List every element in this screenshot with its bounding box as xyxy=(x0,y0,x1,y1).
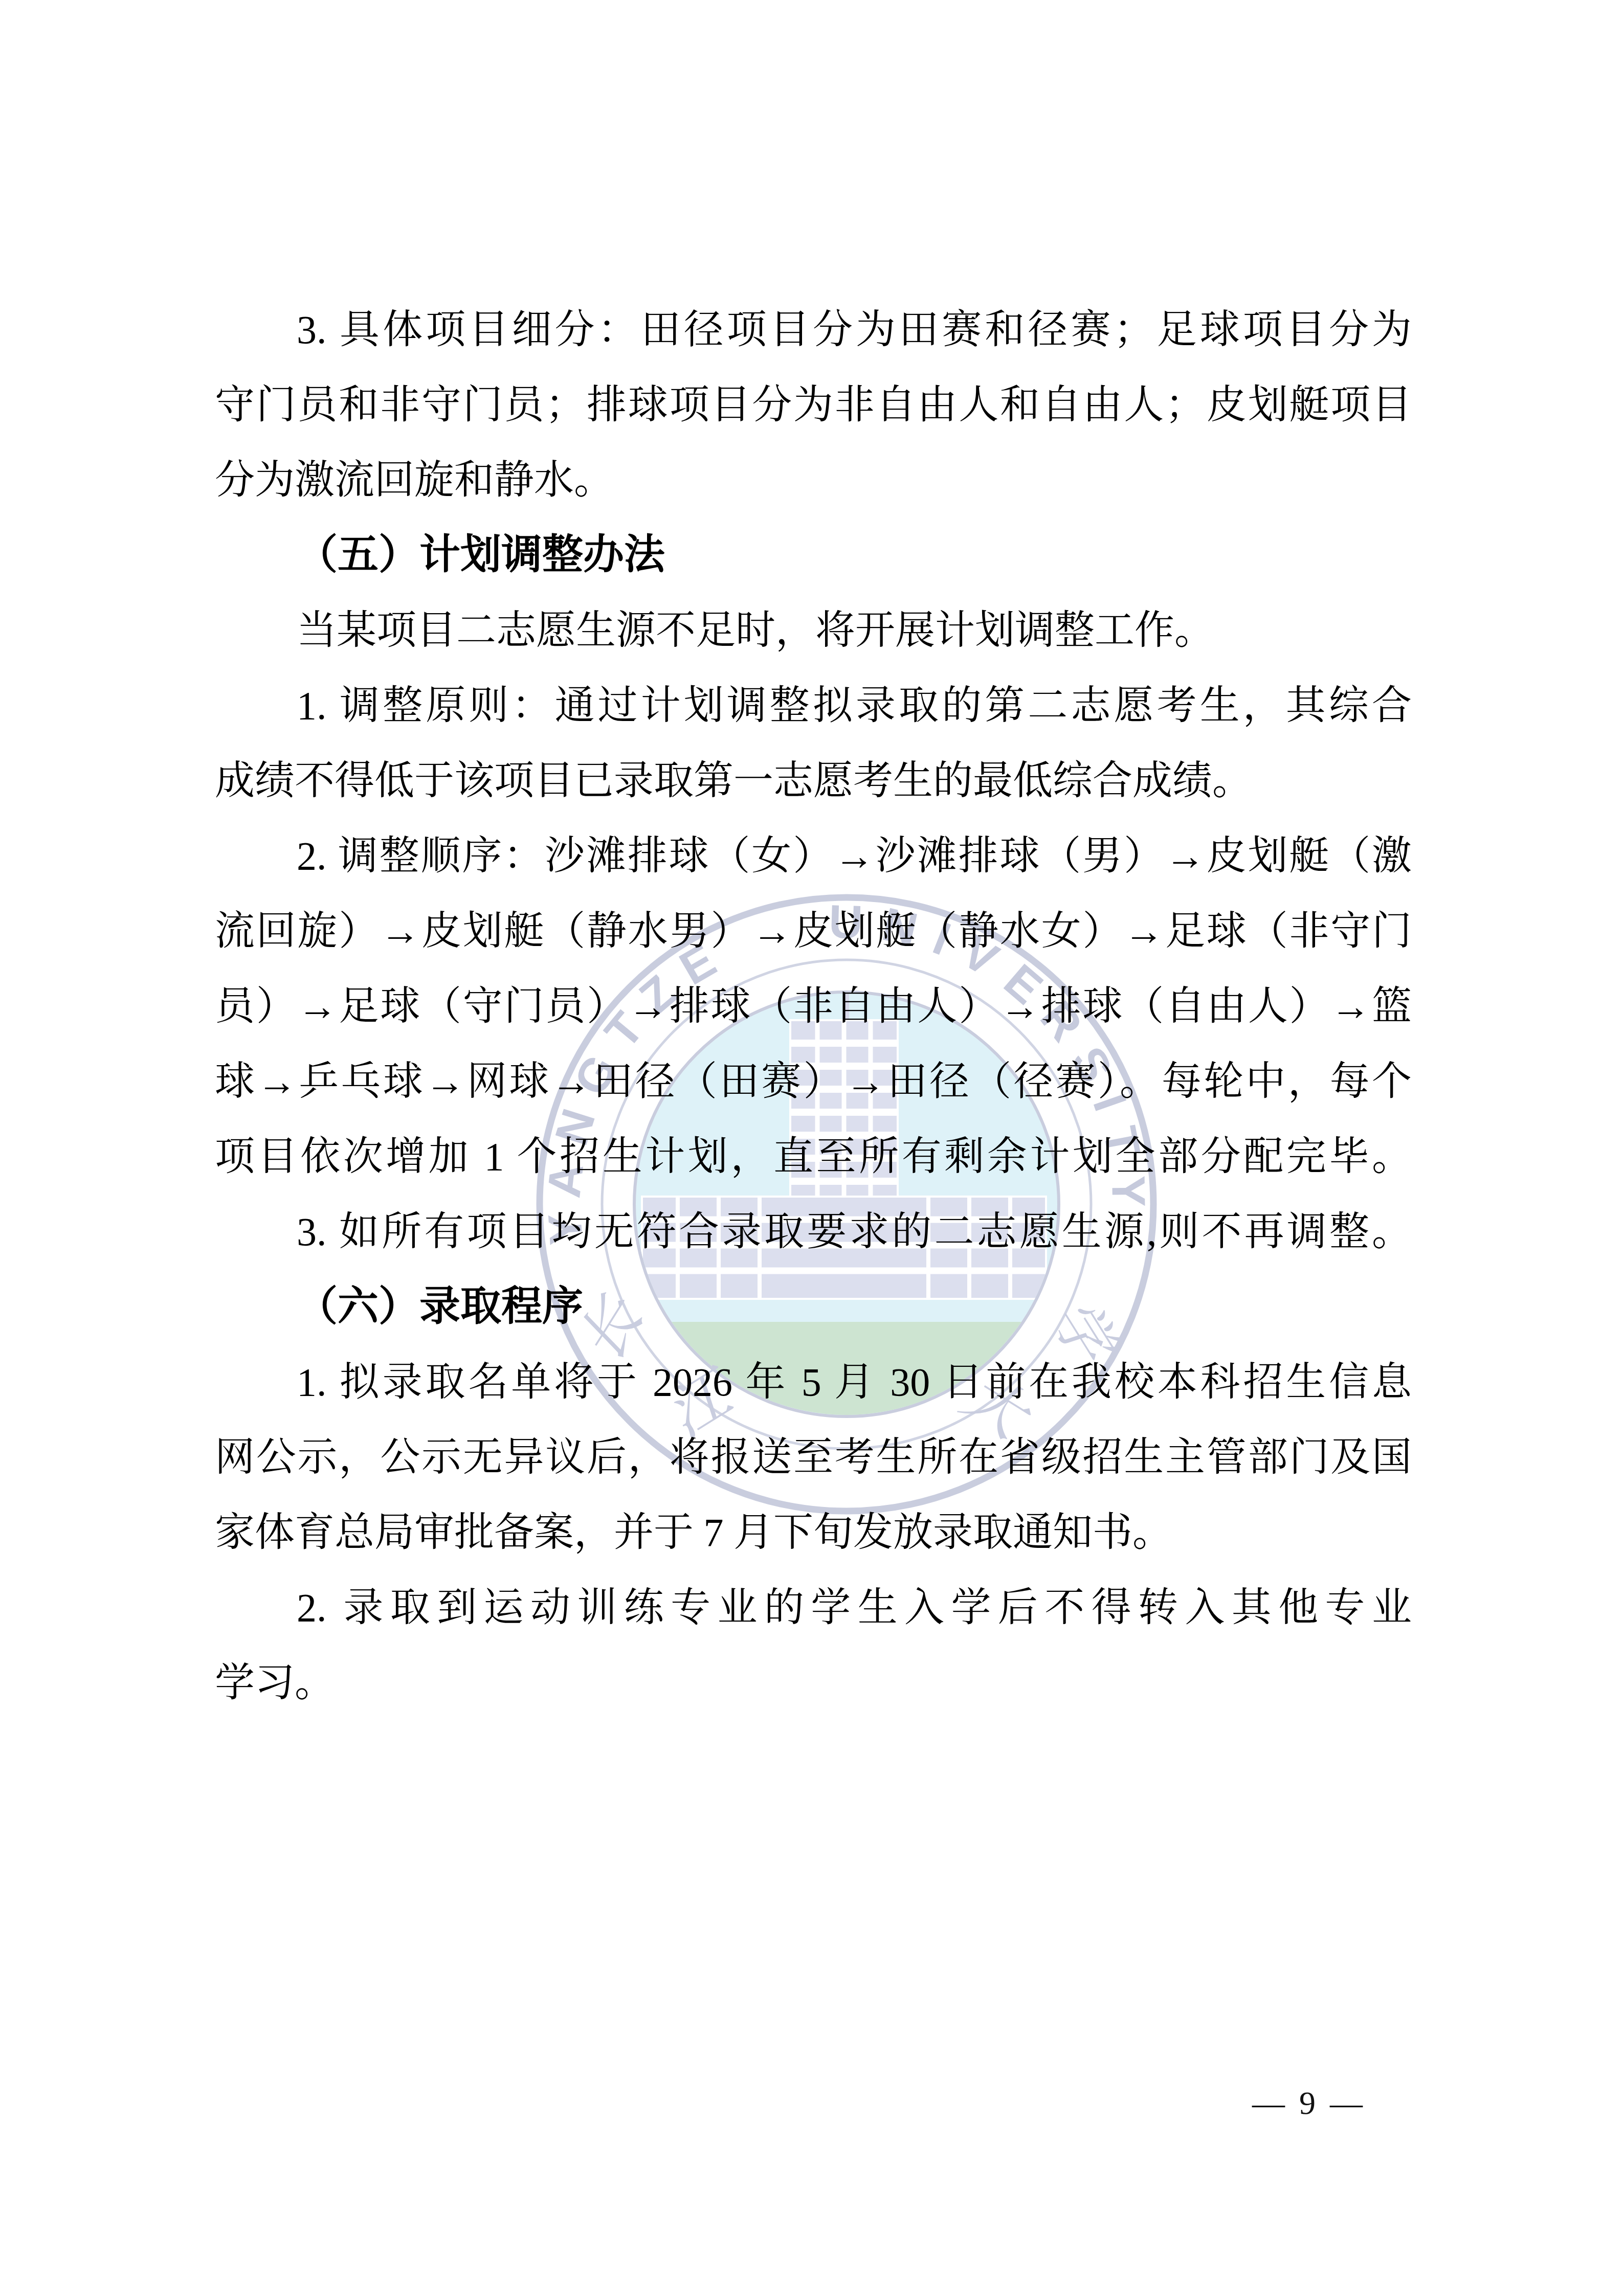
text-line: 成绩不得低于该项目已录取第一志愿考生的最低综合成绩。 xyxy=(215,743,1412,818)
section-heading: （五）计划调整办法 xyxy=(215,517,1412,593)
text-line: 流回旋）→皮划艇（静水男）→皮划艇（静水女）→足球（非守门 xyxy=(215,893,1412,969)
text-line: 3. 具体项目细分：田径项目分为田赛和径赛；足球项目分为 xyxy=(215,292,1412,367)
page-text: 3. 具体项目细分：田径项目分为田赛和径赛；足球项目分为 守门员和非守门员；排球… xyxy=(215,292,1412,1720)
text-line: 网公示，公示无异议后，将报送至考生所在省级招生主管部门及国 xyxy=(215,1420,1412,1495)
text-line: 学习。 xyxy=(215,1645,1412,1720)
text-line: 当某项目二志愿生源不足时，将开展计划调整工作。 xyxy=(215,593,1412,668)
text-line: 1. 拟录取名单将于 2026 年 5 月 30 日前在我校本科招生信息 xyxy=(215,1344,1412,1420)
page-number: — 9 — xyxy=(1252,2084,1366,2122)
text-line: 2. 调整顺序：沙滩排球（女）→沙滩排球（男）→皮划艇（激 xyxy=(215,818,1412,893)
text-line: 1. 调整原则：通过计划调整拟录取的第二志愿考生，其综合 xyxy=(215,668,1412,743)
document-page: YANGTZE UNIVERSITY 长 江 大 学 3. 具体项目细分：田径项… xyxy=(0,0,1624,2296)
section-heading: （六）录取程序 xyxy=(215,1269,1412,1344)
text-line: 2. 录取到运动训练专业的学生入学后不得转入其他专业 xyxy=(215,1570,1412,1645)
text-line: 分为激流回旋和静水。 xyxy=(215,442,1412,517)
text-line: 项目依次增加 1 个招生计划，直至所有剩余计划全部分配完毕。 xyxy=(215,1119,1412,1194)
text-line: 家体育总局审批备案，并于 7 月下旬发放录取通知书。 xyxy=(215,1495,1412,1570)
text-line: 3. 如所有项目均无符合录取要求的二志愿生源,则不再调整。 xyxy=(215,1194,1412,1269)
text-line: 球→乒乓球→网球→田径（田赛）→田径（径赛）。每轮中，每个 xyxy=(215,1044,1412,1119)
text-line: 守门员和非守门员；排球项目分为非自由人和自由人；皮划艇项目 xyxy=(215,367,1412,442)
text-line: 员）→足球（守门员）→排球（非自由人）→排球（自由人）→篮 xyxy=(215,969,1412,1044)
